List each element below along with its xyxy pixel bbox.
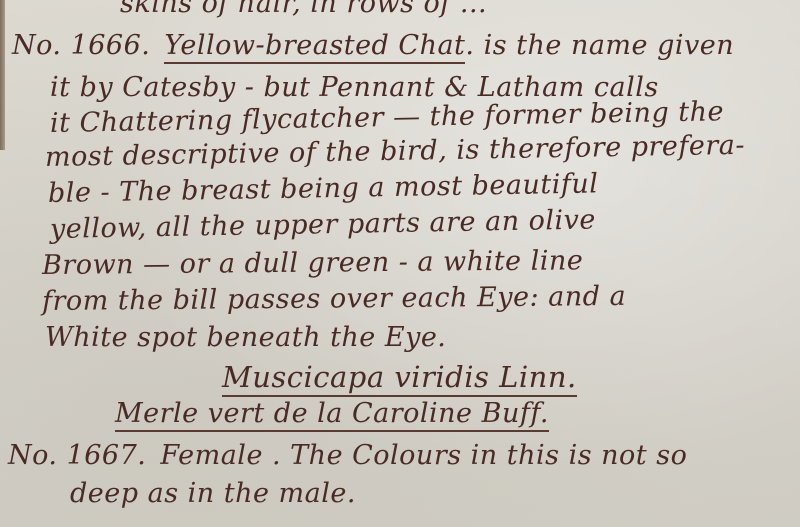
latin-name-text: Muscicapa viridis Linn. (222, 360, 577, 397)
line-text: White spot beneath the Eye. (45, 322, 446, 353)
french-name-text: Merle vert de la Caroline Buff. (115, 398, 549, 432)
latin-name: Muscicapa viridis Linn. (222, 360, 577, 394)
line-text: Brown — or a dull green - a white line (42, 245, 584, 281)
entry-number: No. 1667. (8, 440, 146, 471)
line-text: from the bill passes over each Eye: and … (42, 281, 626, 317)
line-text: deep as in the male. (70, 478, 356, 509)
line-text: . is the name given (465, 30, 734, 61)
entry-1667-heading: No. 1667.Female . The Colours in this is… (8, 440, 687, 471)
manuscript-page: skins of hair, in rows of ... No. 1666.Y… (0, 0, 800, 527)
entry-1666-heading: No. 1666.Yellow-breasted Chat. is the na… (12, 30, 734, 61)
line-partial-top: skins of hair, in rows of ... (120, 0, 487, 19)
entry-number: No. 1666. (12, 30, 150, 61)
line-text: Female . The Colours in this is not so (160, 440, 687, 471)
species-title: Yellow-breasted Chat (164, 30, 465, 64)
french-name: Merle vert de la Caroline Buff. (115, 398, 549, 429)
binding-edge (0, 0, 5, 150)
line-text: from the bill passes over each Eye: and … (42, 281, 626, 317)
line-text: yellow, all the upper parts are an olive (50, 204, 596, 245)
line-text: Brown — or a dull green - a white line (42, 245, 584, 281)
line-text: ble - The breast being a most beautiful (48, 168, 599, 209)
line-text: yellow, all the upper parts are an olive (50, 204, 596, 245)
line-text: deep as in the male. (70, 478, 356, 509)
line-text: skins of hair, in rows of ... (120, 0, 487, 19)
line-text: White spot beneath the Eye. (45, 322, 446, 353)
line-text: ble - The breast being a most beautiful (48, 168, 599, 209)
